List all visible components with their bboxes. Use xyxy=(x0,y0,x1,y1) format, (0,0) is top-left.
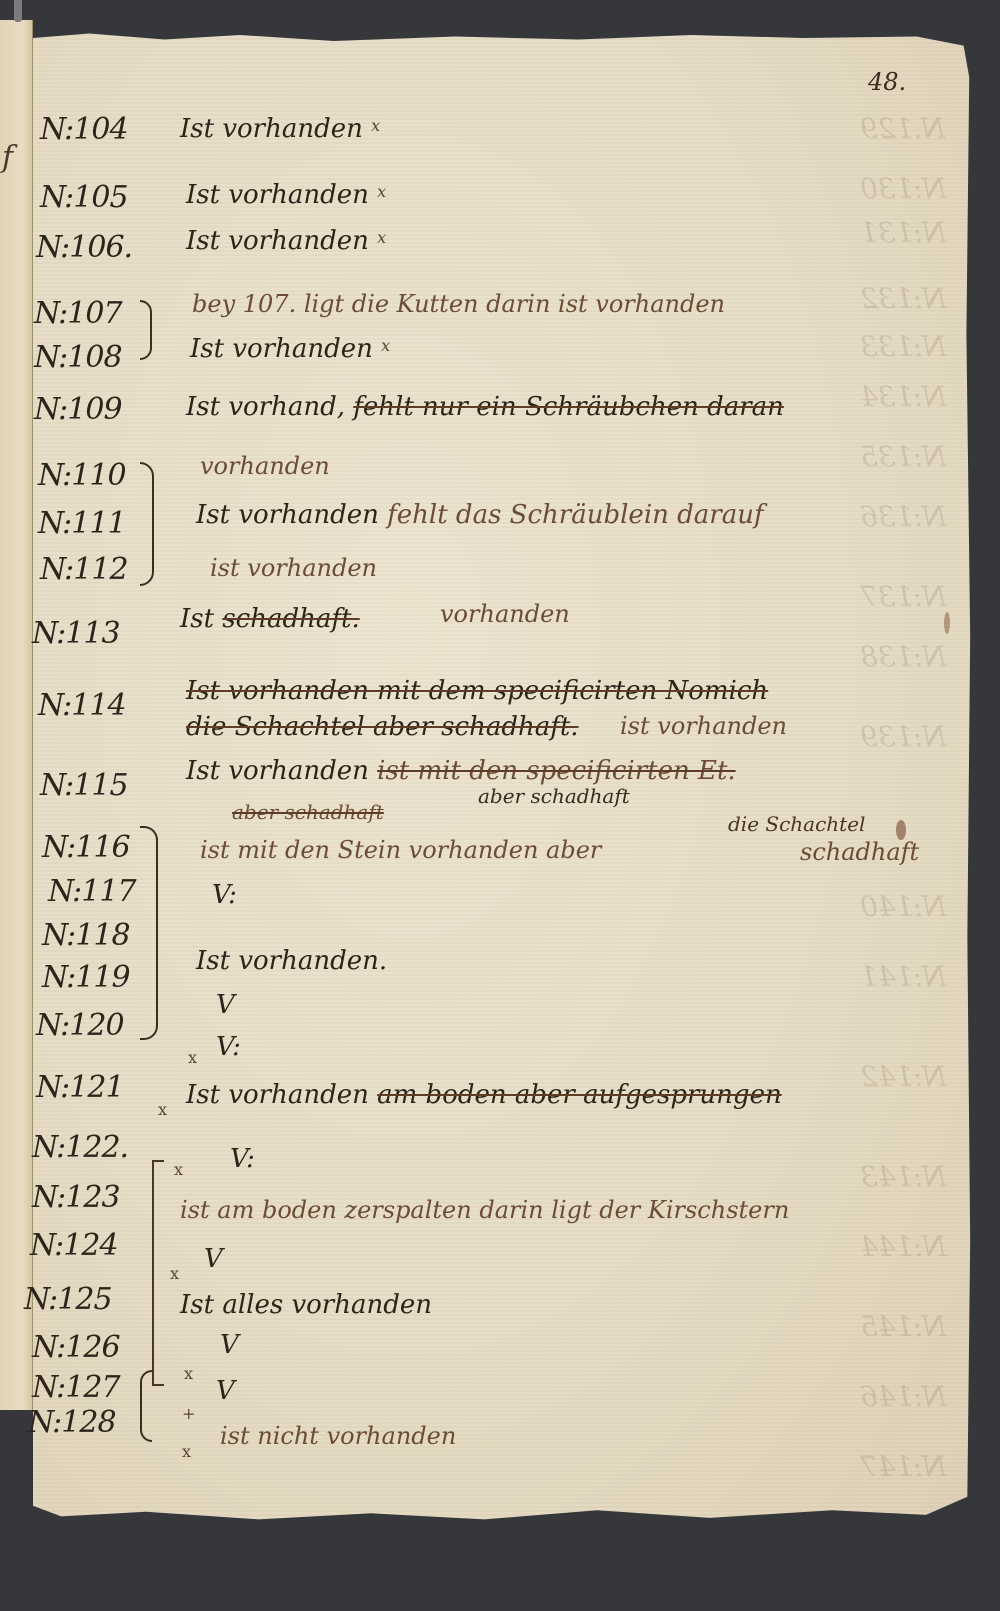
item-number: N:108 xyxy=(34,340,122,375)
item-number: N:116 xyxy=(42,830,130,865)
x-mark: x xyxy=(158,1100,167,1119)
group-brace xyxy=(140,826,158,1040)
item-number: N:105 xyxy=(40,180,128,215)
item-number: N:125 xyxy=(24,1282,112,1317)
addition-above: die Schachtel xyxy=(728,812,865,836)
ink-stain xyxy=(944,612,950,634)
item-number: N:104 xyxy=(40,112,128,147)
status-text: Ist vorhand, fehlt nur ein Schräubchen d… xyxy=(186,392,784,422)
addition-text: aber schadhaft xyxy=(478,784,630,808)
status-text: V xyxy=(204,1244,223,1274)
status-text: V: xyxy=(216,1032,241,1062)
status-text: Ist vorhanden fehlt das Schräublein dara… xyxy=(196,500,764,530)
group-brace xyxy=(140,300,152,360)
status-text: V xyxy=(216,1376,235,1406)
struck-text: aber schadhaft xyxy=(232,800,384,824)
item-number: N:118 xyxy=(42,918,130,953)
addition-text: schadhaft xyxy=(800,838,919,866)
item-number: N:106. xyxy=(36,230,132,265)
addition-text: ist vorhanden xyxy=(620,712,787,740)
struck-text: fehlt nur ein Schräubchen daran xyxy=(353,392,784,422)
plus-mark: + xyxy=(182,1404,195,1423)
item-number: N:113 xyxy=(32,616,120,651)
status-text: Ist schadhaft. xyxy=(180,604,360,634)
status-text: V: xyxy=(212,880,237,910)
x-mark: x xyxy=(184,1364,193,1383)
status-text: Ist alles vorhanden xyxy=(180,1290,432,1320)
status-text: V: xyxy=(230,1144,255,1174)
x-mark: x xyxy=(170,1264,179,1283)
item-number: N:110 xyxy=(38,458,126,493)
status-text: Ist vorhanden am boden aber aufgesprunge… xyxy=(186,1080,782,1110)
status-text: Ist vorhanden x xyxy=(190,334,390,364)
x-mark: x xyxy=(182,1442,191,1461)
item-number: N:124 xyxy=(30,1228,118,1263)
x-mark: x xyxy=(174,1160,183,1179)
item-number: N:126 xyxy=(32,1330,120,1365)
status-note: ist am boden zerspalten darin ligt der K… xyxy=(180,1196,789,1224)
status-note: bey 107. ligt die Kutten darin ist vorha… xyxy=(192,290,725,318)
status-text: V xyxy=(216,990,235,1020)
struck-text: Ist vorhanden mit dem specificirten Nomi… xyxy=(186,676,768,706)
item-number: N:120 xyxy=(36,1008,124,1043)
item-number: N:123 xyxy=(32,1180,120,1215)
status-note: ist nicht vorhanden xyxy=(220,1422,456,1450)
status-text: Ist vorhanden ist mit den specificirten … xyxy=(186,756,736,786)
item-number: N:112 xyxy=(40,552,128,587)
binding-pin xyxy=(14,0,22,22)
group-bracket xyxy=(152,1160,164,1386)
status-text: Ist vorhanden x xyxy=(180,114,380,144)
status-text: Ist vorhanden. xyxy=(196,946,387,976)
group-brace xyxy=(140,1370,152,1442)
status-text: V xyxy=(220,1330,239,1360)
item-number: N:117 xyxy=(48,874,136,909)
item-number: N:121 xyxy=(36,1070,124,1105)
item-number: N:115 xyxy=(40,768,128,803)
status-text: ist mit den Stein vorhanden aber xyxy=(200,836,601,864)
status-continuation: vorhanden xyxy=(200,452,330,480)
addition-text: fehlt das Schräublein darauf xyxy=(387,500,763,530)
previous-page-mark: f xyxy=(2,140,13,175)
item-number: N:107 xyxy=(34,296,122,331)
item-number: N:111 xyxy=(38,506,126,541)
ink-stain xyxy=(896,820,906,840)
item-number: N:119 xyxy=(42,960,130,995)
previous-page-edge: f xyxy=(0,20,33,1410)
item-number: N:128 xyxy=(28,1405,116,1440)
status-text: Ist vorhanden x xyxy=(186,226,386,256)
item-number: N:114 xyxy=(38,688,126,723)
addition-text: vorhanden xyxy=(440,600,570,628)
x-mark: x xyxy=(188,1048,197,1067)
item-number: N:122. xyxy=(32,1130,128,1165)
item-number: N:109 xyxy=(34,392,122,427)
status-text: Ist vorhanden x xyxy=(186,180,386,210)
group-brace xyxy=(140,462,154,586)
item-number: N:127 xyxy=(32,1370,120,1405)
struck-text: die Schachtel aber schadhaft. xyxy=(186,712,579,742)
status-note: ist vorhanden xyxy=(210,554,377,582)
page-number: 48. xyxy=(868,68,906,96)
